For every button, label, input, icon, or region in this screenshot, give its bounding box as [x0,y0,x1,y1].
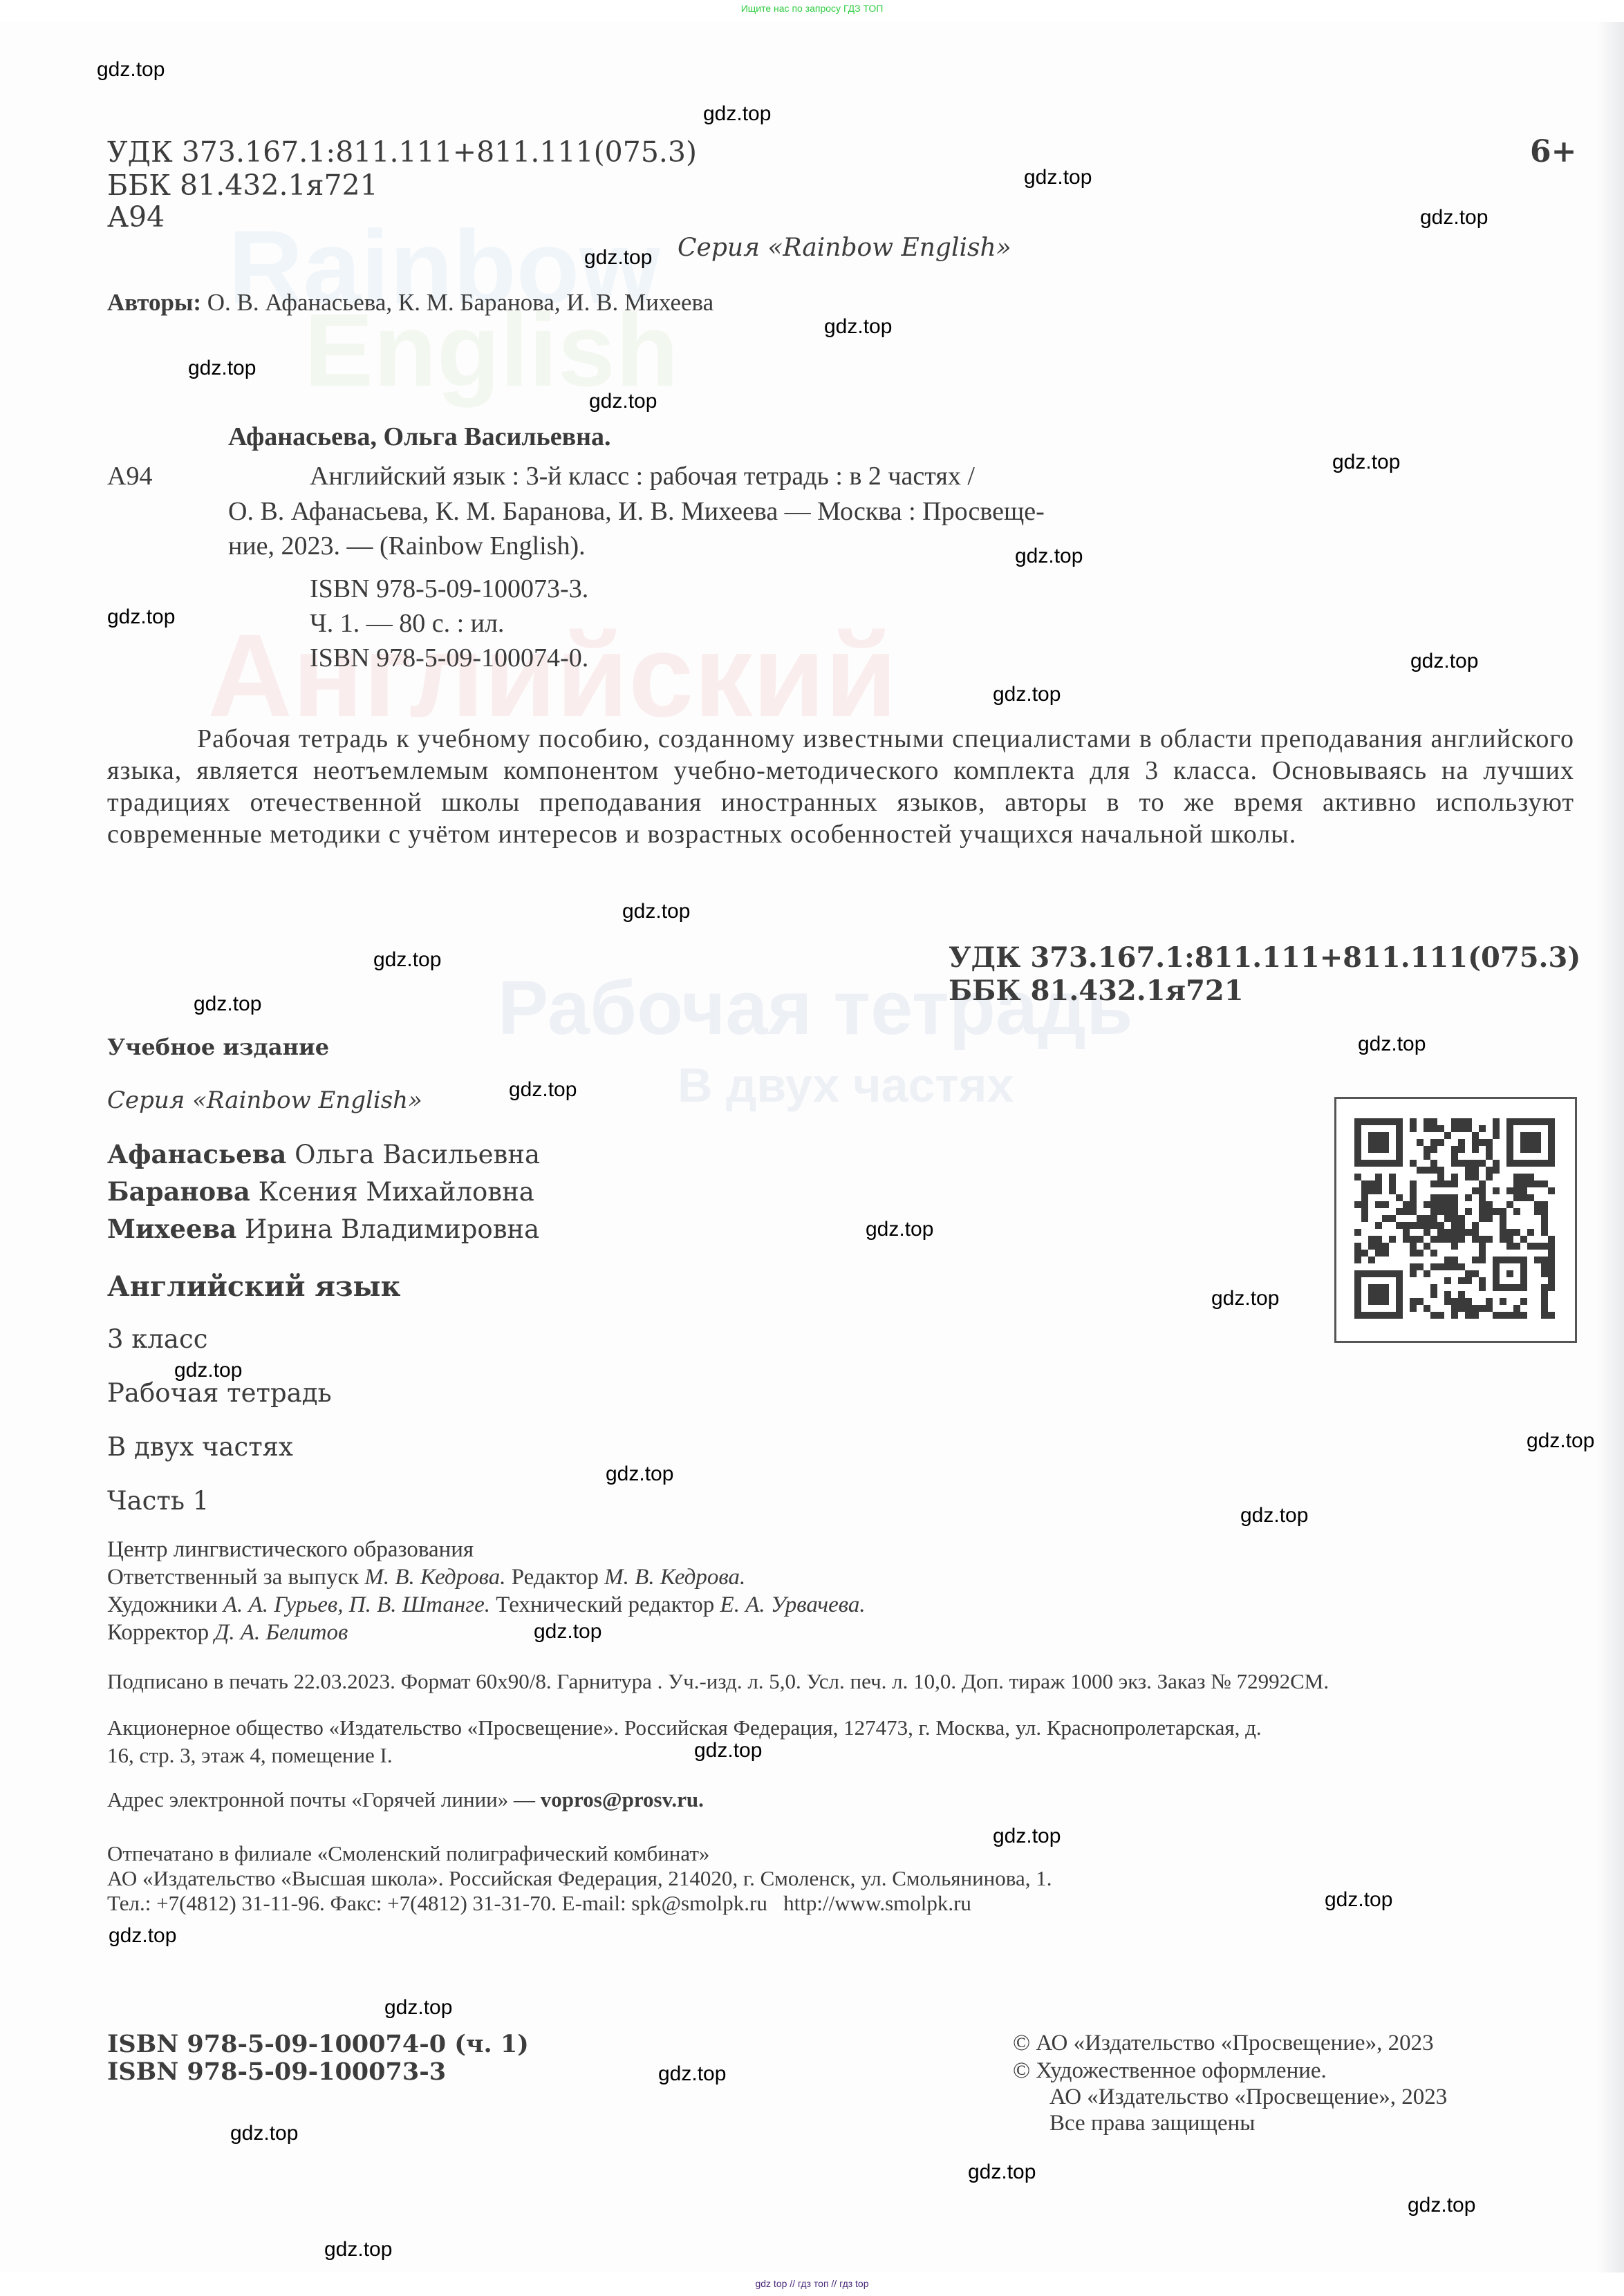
qr-code-frame [1334,1097,1577,1343]
tech-editor-label: Технический редактор [496,1592,714,1617]
watermark: gdz.top [622,900,690,923]
watermark: gdz.top [384,1996,452,2020]
author-mark: А94 [107,200,165,234]
credits-artists: Художники А. А. Гурьев, П. В. Штанге. Те… [107,1591,866,1619]
watermark: gdz.top [107,605,175,629]
watermark: gdz.top [1015,545,1083,568]
watermark: gdz.top [188,357,256,380]
watermark: gdz.top [866,1218,933,1241]
author-name: Ксения Михайловна [259,1177,534,1207]
author-surname: Баранова [107,1176,250,1207]
editor-label: Редактор [512,1565,599,1590]
authors-label: Авторы: [107,289,201,316]
edition-part: Часть 1 [107,1486,209,1516]
copyright-line-3: АО «Издательство «Просвещение», 2023 [1049,2085,1447,2110]
credits-corrector: Корректор Д. А. Белитов [107,1619,348,1646]
watermark: gdz.top [993,1825,1061,1848]
biblio-code: А94 [107,461,152,491]
watermark: gdz.top [703,102,771,126]
edition-type: Учебное издание [107,1034,329,1060]
biblio-line-3: ние, 2023. — (Rainbow English). [228,531,586,561]
watermark: gdz.top [109,1924,176,1948]
author-surname: Михеева [107,1214,236,1244]
watermark: gdz.top [1420,206,1488,229]
watermark: gdz.top [534,1620,601,1644]
edition-author-2: Баранова Ксения Михайловна [107,1176,534,1207]
hotline-email[interactable]: vopros@prosv.ru. [541,1787,704,1812]
artists-names: А. А. Гурьев, П. В. Штанге. [223,1592,490,1617]
editor-name: М. В. Кедрова. [604,1565,745,1590]
series-title: Серия «Rainbow English» [678,234,1011,262]
copyright-line-4: Все права защищены [1049,2111,1255,2136]
top-banner[interactable]: Ищите нас по запросу ГДЗ ТОП [0,3,1624,14]
edition-grade: 3 класс [107,1324,207,1354]
annotation-paragraph: Рабочая тетрадь к учебному пособию, созд… [107,723,1574,850]
watermark: gdz.top [993,683,1061,706]
watermark: gdz.top [1325,1888,1392,1912]
credits-center: Центр лингвистического образования [107,1536,474,1563]
isbn-footer-set: ISBN 978-5-09-100073-3 [107,2058,446,2086]
author-surname: Афанасьева [107,1139,286,1169]
watermark: gdz.top [1332,451,1400,474]
udk-code: УДК 373.167.1:811.111+811.111(075.3) [107,135,697,169]
biblio-line-2: О. В. Афанасьева, К. М. Баранова, И. В. … [228,496,1045,527]
authors-names: О. В. Афанасьева, К. М. Баранова, И. В. … [207,289,713,316]
printer-line-2: АО «Издательство «Высшая школа». Российс… [107,1866,1052,1891]
watermark: gdz.top [1240,1504,1308,1527]
bbk-code: ББК 81.432.1я721 [107,169,378,202]
watermark: gdz.top [324,2238,392,2261]
main-author: Афанасьева, Ольга Васильевна. [228,422,611,452]
author-name: Ирина Владимировна [245,1214,539,1244]
tech-editor-name: Е. А. Урвачева. [720,1592,866,1617]
printer-line-3: Тел.: +7(4812) 31-11-96. Факс: +7(4812) … [107,1891,971,1916]
corrector-name: Д. А. Белитов [214,1620,348,1645]
page-edge-shadow [1596,22,1624,2273]
responsible-label: Ответственный за выпуск [107,1565,359,1590]
artists-label: Художники [107,1592,218,1617]
watermark: gdz.top [1024,166,1092,189]
edition-subject: Английский язык [107,1270,400,1303]
bottom-banner[interactable]: gdz top // гдз топ // гдз top [0,2278,1624,2289]
watermark: gdz.top [174,1359,242,1382]
watermark: gdz.top [589,390,657,413]
edition-book-type: Рабочая тетрадь [107,1378,332,1408]
age-rating: 6+ [1530,134,1576,169]
watermark: gdz.top [1211,1287,1279,1310]
edition-author-3: Михеева Ирина Владимировна [107,1214,539,1244]
edition-parts: В двух частях [107,1432,293,1462]
hotline-label: Адрес электронной почты «Горячей линии» … [107,1787,535,1812]
watermark: gdz.top [658,2062,726,2086]
publisher-line-1: Акционерное общество «Издательство «Прос… [107,1715,1262,1740]
watermark: gdz.top [1408,2194,1475,2217]
watermark: gdz.top [97,58,165,82]
part-info: Ч. 1. — 80 с. : ил. [310,608,504,639]
publisher-line-2: 16, стр. 3, этаж 4, помещение I. [107,1743,393,1768]
watermark: gdz.top [694,1739,762,1762]
authors-line: Авторы: О. В. Афанасьева, К. М. Баранова… [107,289,713,317]
printer-line-1: Отпечатано в филиале «Смоленский полигра… [107,1841,709,1866]
watermark: gdz.top [194,992,261,1016]
print-info: Подписано в печать 22.03.2023. Формат 60… [107,1669,1329,1694]
author-name: Ольга Васильевна [295,1140,540,1169]
edition-series: Серия «Rainbow English» [107,1086,422,1114]
copyright-line-1: © АО «Издательство «Просвещение», 2023 [1013,2031,1434,2056]
udk-code-repeat: УДК 373.167.1:811.111+811.111(075.3) [949,941,1580,974]
credits-responsible: Ответственный за выпуск М. В. Кедрова. Р… [107,1563,745,1591]
watermark: gdz.top [584,246,652,270]
bbk-code-repeat: ББК 81.432.1я721 [949,975,1244,1007]
watermark: gdz.top [509,1078,577,1102]
biblio-line-1: Английский язык : 3-й класс : рабочая те… [310,461,975,491]
qr-code-icon [1354,1118,1555,1319]
watermark: gdz.top [230,2122,298,2145]
isbn-footer-part: ISBN 978-5-09-100074-0 (ч. 1) [107,2030,529,2058]
watermark: gdz.top [1410,650,1478,673]
copyright-line-2: © Художественное оформление. [1013,2058,1327,2084]
edition-author-1: Афанасьева Ольга Васильевна [107,1139,540,1169]
responsible-name: М. В. Кедрова. [364,1565,505,1590]
isbn-part: ISBN 978-5-09-100074-0. [310,643,588,673]
corrector-label: Корректор [107,1620,209,1645]
watermark: gdz.top [606,1462,673,1486]
watermark: gdz.top [1527,1429,1594,1453]
watermark: gdz.top [1358,1033,1426,1056]
hotline: Адрес электронной почты «Горячей линии» … [107,1787,704,1812]
isbn-set: ISBN 978-5-09-100073-3. [310,574,588,604]
watermark: gdz.top [968,2161,1036,2184]
watermark: gdz.top [824,315,892,339]
watermark: gdz.top [373,948,441,972]
